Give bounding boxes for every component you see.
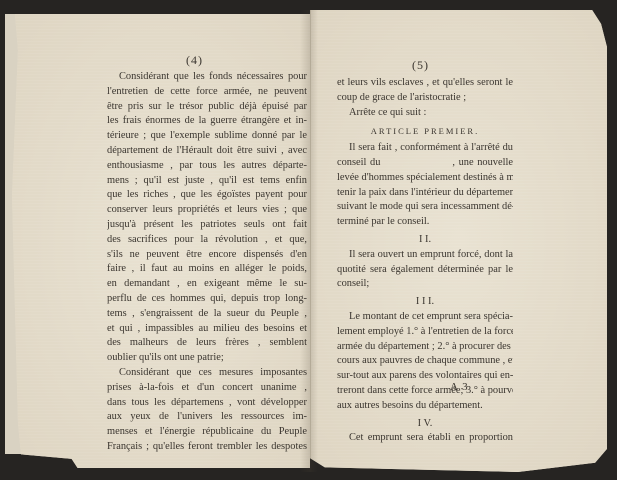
text-line: aux autres besoins du département.: [337, 399, 513, 414]
text-line: des malheurs de leurs frères , semblent: [107, 336, 307, 351]
text-line: l'entretien de cette force armée, ne peu…: [107, 85, 307, 100]
article-number: I I.: [337, 233, 513, 248]
text-line: terminé par le conseil.: [337, 215, 513, 230]
text-line: enthousiasme , par tous les autres dépar…: [107, 159, 307, 174]
text-line: conserver leurs propriétés et leurs vies…: [107, 203, 307, 218]
text-line: Arrête ce qui suit :: [337, 106, 513, 121]
right-page-text: et leurs vils esclaves , et qu'elles ser…: [337, 76, 513, 446]
text-line: tenir la paix dans l'intérieur du départ…: [337, 186, 513, 201]
text-line: département de l'Hérault doit être suivi…: [107, 144, 307, 159]
article-heading: ARTICLE PREMIER.: [337, 124, 513, 139]
text-line: coup de grace de l'aristocratie ;: [337, 91, 513, 106]
text-line: Il sera fait , conformément à l'arrêté d…: [337, 141, 513, 156]
text-line: sur-tout aux parens des volontaires qui …: [337, 369, 513, 384]
page-number-left: (4): [186, 53, 203, 68]
text-line: et qui , impassibles au milieu des besoi…: [107, 322, 307, 337]
text-line: aux yeux de l'univers les ressources im-: [107, 410, 307, 425]
text-line: jusqu'à présent les patriotes seuls ont …: [107, 218, 307, 233]
text-line: cours aux pauvres de chaque commune , et: [337, 354, 513, 369]
text-line: faire , il faut au moins en alléger le p…: [107, 262, 307, 277]
text-line: térieure ; que l'exemple sublime donné p…: [107, 129, 307, 144]
text-line: Considérant que ces mesures imposantes: [107, 366, 307, 381]
text-line: mens ; qu'il est juste , qu'il est tems …: [107, 174, 307, 189]
text-line: conseil;: [337, 277, 513, 292]
text-line: être pris sur le trésor public déjà épui…: [107, 100, 307, 115]
text-line: levée d'hommes spécialement destinés à m…: [337, 171, 513, 186]
text-line: s'ils ne peuvent être encore dispensés d…: [107, 248, 307, 263]
text-line: Considérant que les fonds nécessaires po…: [107, 70, 307, 85]
text-line: treront dans cette force armée; 3.° à po…: [337, 384, 513, 399]
text-line: et leurs vils esclaves , et qu'elles ser…: [337, 76, 513, 91]
text-line: Il sera ouvert un emprunt forcé, dont la: [337, 248, 513, 263]
text-line: conseil du , une nouvelle: [337, 156, 513, 171]
text-line: suivant le mode qui sera incessamment dé…: [337, 200, 513, 215]
text-line: Le montant de cet emprunt sera spécia-: [337, 310, 513, 325]
text-line: tems , s'engraissent de la sueur du Peup…: [107, 307, 307, 322]
text-line: que les riches , que les égoïstes payent…: [107, 188, 307, 203]
text-line: quotité sera également déterminée par le: [337, 263, 513, 278]
page-number-right: (5): [412, 58, 429, 73]
left-page-text: Considérant que les fonds nécessaires po…: [107, 70, 307, 455]
text-line: les frais énormes de la guerre étrangère…: [107, 114, 307, 129]
text-line: Cet emprunt sera établi en proportion: [337, 431, 513, 446]
text-line: oublier qu'ils ont une patrie;: [107, 351, 307, 366]
text-line: Français ; qu'elles feront trembler les …: [107, 440, 307, 455]
text-line: armée du département ; 2.° à procurer de…: [337, 340, 513, 355]
text-line: en demandant , en exigeant même le su-: [107, 277, 307, 292]
article-number: I I I.: [337, 295, 513, 310]
article-number: I V.: [337, 417, 513, 432]
text-line: lement employé 1.° à l'entretien de la f…: [337, 325, 513, 340]
text-line: perflu de ces hommes qui, depuis trop lo…: [107, 292, 307, 307]
text-line: prises à-la-fois et d'un concert unanime…: [107, 381, 307, 396]
text-line: des sacrifices pour la révolution , et q…: [107, 233, 307, 248]
signature-mark: A 3: [450, 381, 469, 393]
text-line: dans tous les départemens , vont dévelop…: [107, 396, 307, 411]
text-line: menses et l'énergie républicaine du Peup…: [107, 425, 307, 440]
